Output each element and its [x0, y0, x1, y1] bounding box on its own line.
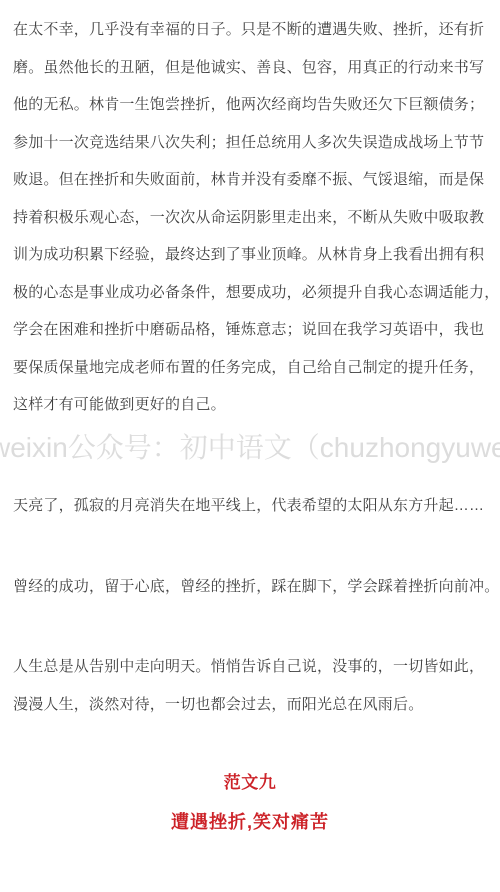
section-heading: 范文九 — [0, 772, 500, 793]
essay-paragraph-sunrise: 天亮了，孤寂的月亮消失在地平线上，代表希望的太阳从东方升起…… — [13, 487, 500, 525]
essay-title: 遭遇挫折,笑对痛苦 — [0, 811, 500, 833]
essay-paragraph-farewell: 人生总是从告别中走向明天。悄悄告诉自己说，没事的，一切皆如此， 漫漫人生，淡然对… — [13, 648, 500, 723]
document-page: 在太不幸，几乎没有幸福的日子。只是不断的遭遇失败、挫折，还有折 磨。虽然他长的丑… — [0, 0, 500, 892]
essay-paragraph-past-success: 曾经的成功，留于心底，曾经的挫折，踩在脚下，学会踩着挫折向前冲。 — [13, 568, 500, 606]
essay-paragraph-lincoln: 在太不幸，几乎没有幸福的日子。只是不断的遭遇失败、挫折，还有折 磨。虽然他长的丑… — [13, 11, 500, 424]
watermark-text: weixin公众号：初中语文（chuzhongyuwen100 — [0, 433, 500, 463]
